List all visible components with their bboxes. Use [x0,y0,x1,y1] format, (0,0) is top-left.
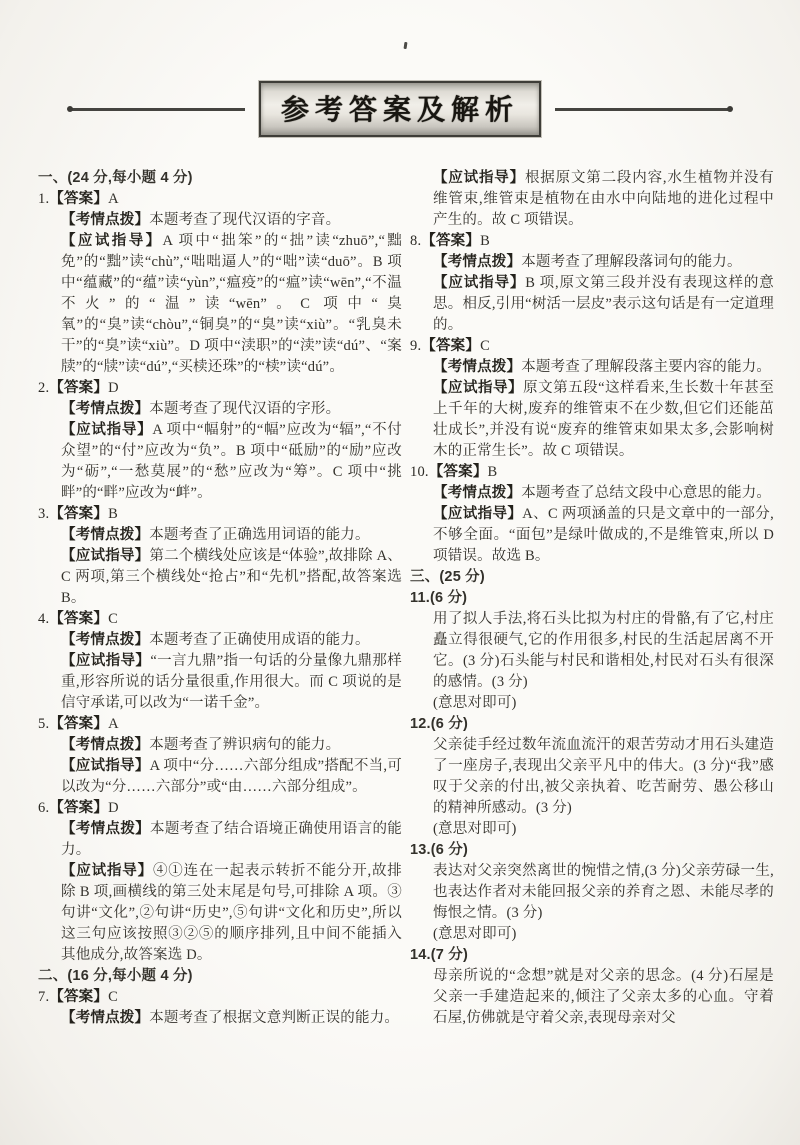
labeled-paragraph: 【应试指导】B 项,原文第三段并没有表现这样的意思。相反,引用“树活一层皮”表示… [433,273,774,336]
item-number: 2. [38,380,49,396]
text-run: 一、(24 分,每小题 4 分) [38,170,193,186]
bracket-label: 【考情点拨】 [61,212,149,228]
score-line: 11.(6 分) [410,588,774,609]
bracket-label: 【考情点拨】 [433,254,521,270]
text-run: 本题考查了辨识病句的能力。 [149,737,340,753]
text-run: 13.(6 分) [410,842,468,858]
item-number: 5. [38,716,49,732]
text-run: 14.(7 分) [410,947,468,963]
labeled-paragraph: 【考情点拨】本题考查了结合语境正确使用语言的能力。 [61,819,402,861]
text-run: B [480,233,490,249]
answer-line: 5.【答案】A [38,714,402,735]
bracket-label: 【应试指导】 [433,380,523,396]
bracket-label: 【应试指导】 [433,170,525,186]
text-run: 11.(6 分) [410,590,467,606]
bracket-label: 【应试指导】 [61,653,150,669]
answer-line: 4.【答案】C [38,609,402,630]
score-line: 14.(7 分) [410,945,774,966]
labeled-paragraph: 【应试指导】A、C 两项涵盖的只是文章中的一部分,不够全面。“面包”是绿叶做成的… [433,504,774,567]
answer-line: 8.【答案】B [410,231,774,252]
bracket-label: 【应试指导】 [61,422,152,438]
bracket-label: 【考情点拨】 [61,821,150,837]
title-banner: 参考答案及解析 [0,84,800,134]
text-run: 本题考查了现代汉语的字音。 [149,212,340,228]
text-run: B [108,506,118,522]
bracket-label: 【答案】 [49,989,108,1005]
item-number: 10. [410,464,429,480]
score-line: 12.(6 分) [410,714,774,735]
bracket-label: 【答案】 [49,716,108,732]
item-number: 1. [38,191,49,207]
note-line: (意思对即可) [433,693,774,714]
note-line: (意思对即可) [433,924,774,945]
text-run: 表达对父亲突然离世的惋惜之情,(3 分)父亲劳碌一生,也表达作者对未能回报父亲的… [433,863,774,921]
text-run: 本题考查了理解段落词句的能力。 [521,254,742,270]
bracket-label: 【答案】 [49,800,108,816]
text-run: 本题考查了正确选用词语的能力。 [149,527,370,543]
labeled-paragraph: 【应试指导】“一言九鼎”指一句话的分量像九鼎那样重,形容所说的话分量很重,作用很… [61,651,402,714]
labeled-paragraph: 【应试指导】A 项中“分……六部分组成”搭配不当,可以改为“分……六部分”或“由… [61,756,402,798]
section-heading: 二、(16 分,每小题 4 分) [38,966,402,987]
text-run: (意思对即可) [433,695,517,711]
text-run: A [108,191,119,207]
answer-line: 3.【答案】B [38,504,402,525]
text-run: (意思对即可) [433,926,517,942]
page-title: 参考答案及解析 [281,94,519,125]
bracket-label: 【答案】 [429,464,488,480]
scanned-answer-page: 参考答案及解析 一、(24 分,每小题 4 分)1.【答案】A【考情点拨】本题考… [0,0,800,1145]
labeled-paragraph: 【应试指导】根据原文第二段内容,水生植物并没有维管束,维管束是植物在由水中向陆地… [433,168,774,231]
text-run: C [108,989,118,1005]
answer-line: 1.【答案】A [38,189,402,210]
bracket-label: 【答案】 [49,191,108,207]
text-run: A 项中“拙笨”的“拙”读“zhuō”,“黜免”的“黜”读“chù”,“咄咄逼人… [61,233,402,375]
item-number: 6. [38,800,49,816]
bracket-label: 【答案】 [421,233,480,249]
title-box: 参考答案及解析 [259,81,541,137]
bracket-label: 【答案】 [49,380,108,396]
text-run: A [108,716,119,732]
text-run: 本题考查了根据文意判断正误的能力。 [149,1010,399,1026]
labeled-paragraph: 【考情点拨】本题考查了理解段落主要内容的能力。 [433,357,774,378]
item-number: 9. [410,338,421,354]
item-number: 4. [38,611,49,627]
bracket-label: 【考情点拨】 [61,401,149,417]
labeled-paragraph: 【考情点拨】本题考查了根据文意判断正误的能力。 [61,1008,402,1029]
note-line: (意思对即可) [433,819,774,840]
text-run: B [488,464,498,480]
scan-speck-mark [404,42,408,49]
text-run: 本题考查了正确使用成语的能力。 [149,632,370,648]
title-rule-right [555,108,731,111]
labeled-paragraph: 【应试指导】A 项中“幅射”的“幅”应改为“辐”,“不付众望”的“付”应改为“负… [61,420,402,504]
bracket-label: 【应试指导】 [61,863,153,879]
text-run: D [108,800,119,816]
text-run: 用了拟人手法,将石头比拟为村庄的骨骼,有了它,村庄矗立得很硬气,它的作用很多,村… [433,611,774,690]
bracket-label: 【应试指导】 [433,506,522,522]
bracket-label: 【考情点拨】 [61,737,149,753]
text-run: 本题考查了现代汉语的字形。 [149,401,340,417]
answer-paragraph: 父亲徒手经过数年流血流汗的艰苦劳动才用石头建造了一座房子,表现出父亲平凡中的伟大… [433,735,774,819]
text-run: 12.(6 分) [410,716,468,732]
bracket-label: 【答案】 [49,611,108,627]
bracket-label: 【应试指导】 [61,233,163,249]
left-column: 一、(24 分,每小题 4 分)1.【答案】A【考情点拨】本题考查了现代汉语的字… [38,168,402,1029]
labeled-paragraph: 【考情点拨】本题考查了总结文段中心意思的能力。 [433,483,774,504]
bracket-label: 【答案】 [421,338,480,354]
answer-paragraph: 母亲所说的“念想”就是对父亲的思念。(4 分)石屋是父亲一手建造起来的,倾注了父… [433,966,774,1029]
right-column: 【应试指导】根据原文第二段内容,水生植物并没有维管束,维管束是植物在由水中向陆地… [410,168,774,1029]
text-run: 二、(16 分,每小题 4 分) [38,968,193,984]
labeled-paragraph: 【考情点拨】本题考查了现代汉语的字音。 [61,210,402,231]
labeled-paragraph: 【应试指导】④①连在一起表示转折不能分开,故排除 B 项,画横线的第三处末尾是句… [61,861,402,966]
labeled-paragraph: 【应试指导】A 项中“拙笨”的“拙”读“zhuō”,“黜免”的“黜”读“chù”… [61,231,402,378]
bracket-label: 【考情点拨】 [433,359,521,375]
labeled-paragraph: 【考情点拨】本题考查了正确选用词语的能力。 [61,525,402,546]
bracket-label: 【应试指导】 [61,758,150,774]
text-run: 母亲所说的“念想”就是对父亲的思念。(4 分)石屋是父亲一手建造起来的,倾注了父… [433,968,774,1026]
labeled-paragraph: 【考情点拨】本题考查了正确使用成语的能力。 [61,630,402,651]
labeled-paragraph: 【应试指导】第二个横线处应该是“体验”,故排除 A、C 两项,第三个横线处“抢占… [61,546,402,609]
answer-line: 6.【答案】D [38,798,402,819]
item-number: 8. [410,233,421,249]
section-heading: 三、(25 分) [410,567,774,588]
text-run: C [480,338,490,354]
labeled-paragraph: 【应试指导】原文第五段“这样看来,生长数十年甚至上千年的大树,废弃的维管束不在少… [433,378,774,462]
bracket-label: 【考情点拨】 [61,527,149,543]
labeled-paragraph: 【考情点拨】本题考查了现代汉语的字形。 [61,399,402,420]
answer-paragraph: 用了拟人手法,将石头比拟为村庄的骨骼,有了它,村庄矗立得很硬气,它的作用很多,村… [433,609,774,693]
text-run: 三、(25 分) [410,569,485,585]
score-line: 13.(6 分) [410,840,774,861]
bracket-label: 【考情点拨】 [433,485,521,501]
text-run: 本题考查了总结文段中心意思的能力。 [521,485,771,501]
text-run: (意思对即可) [433,821,517,837]
item-number: 7. [38,989,49,1005]
labeled-paragraph: 【考情点拨】本题考查了辨识病句的能力。 [61,735,402,756]
bracket-label: 【考情点拨】 [61,632,149,648]
answer-columns: 一、(24 分,每小题 4 分)1.【答案】A【考情点拨】本题考查了现代汉语的字… [38,168,774,1029]
title-rule-left [69,108,245,111]
item-number: 3. [38,506,49,522]
section-heading: 一、(24 分,每小题 4 分) [38,168,402,189]
bracket-label: 【答案】 [49,506,108,522]
text-run: 父亲徒手经过数年流血流汗的艰苦劳动才用石头建造了一座房子,表现出父亲平凡中的伟大… [433,737,774,816]
bracket-label: 【应试指导】 [433,275,525,291]
text-run: 本题考查了理解段落主要内容的能力。 [521,359,771,375]
answer-paragraph: 表达对父亲突然离世的惋惜之情,(3 分)父亲劳碌一生,也表达作者对未能回报父亲的… [433,861,774,924]
bracket-label: 【应试指导】 [61,548,149,564]
answer-line: 2.【答案】D [38,378,402,399]
text-run: D [108,380,119,396]
answer-line: 9.【答案】C [410,336,774,357]
answer-line: 7.【答案】C [38,987,402,1008]
text-run: C [108,611,118,627]
labeled-paragraph: 【考情点拨】本题考查了理解段落词句的能力。 [433,252,774,273]
bracket-label: 【考情点拨】 [61,1010,149,1026]
answer-line: 10.【答案】B [410,462,774,483]
